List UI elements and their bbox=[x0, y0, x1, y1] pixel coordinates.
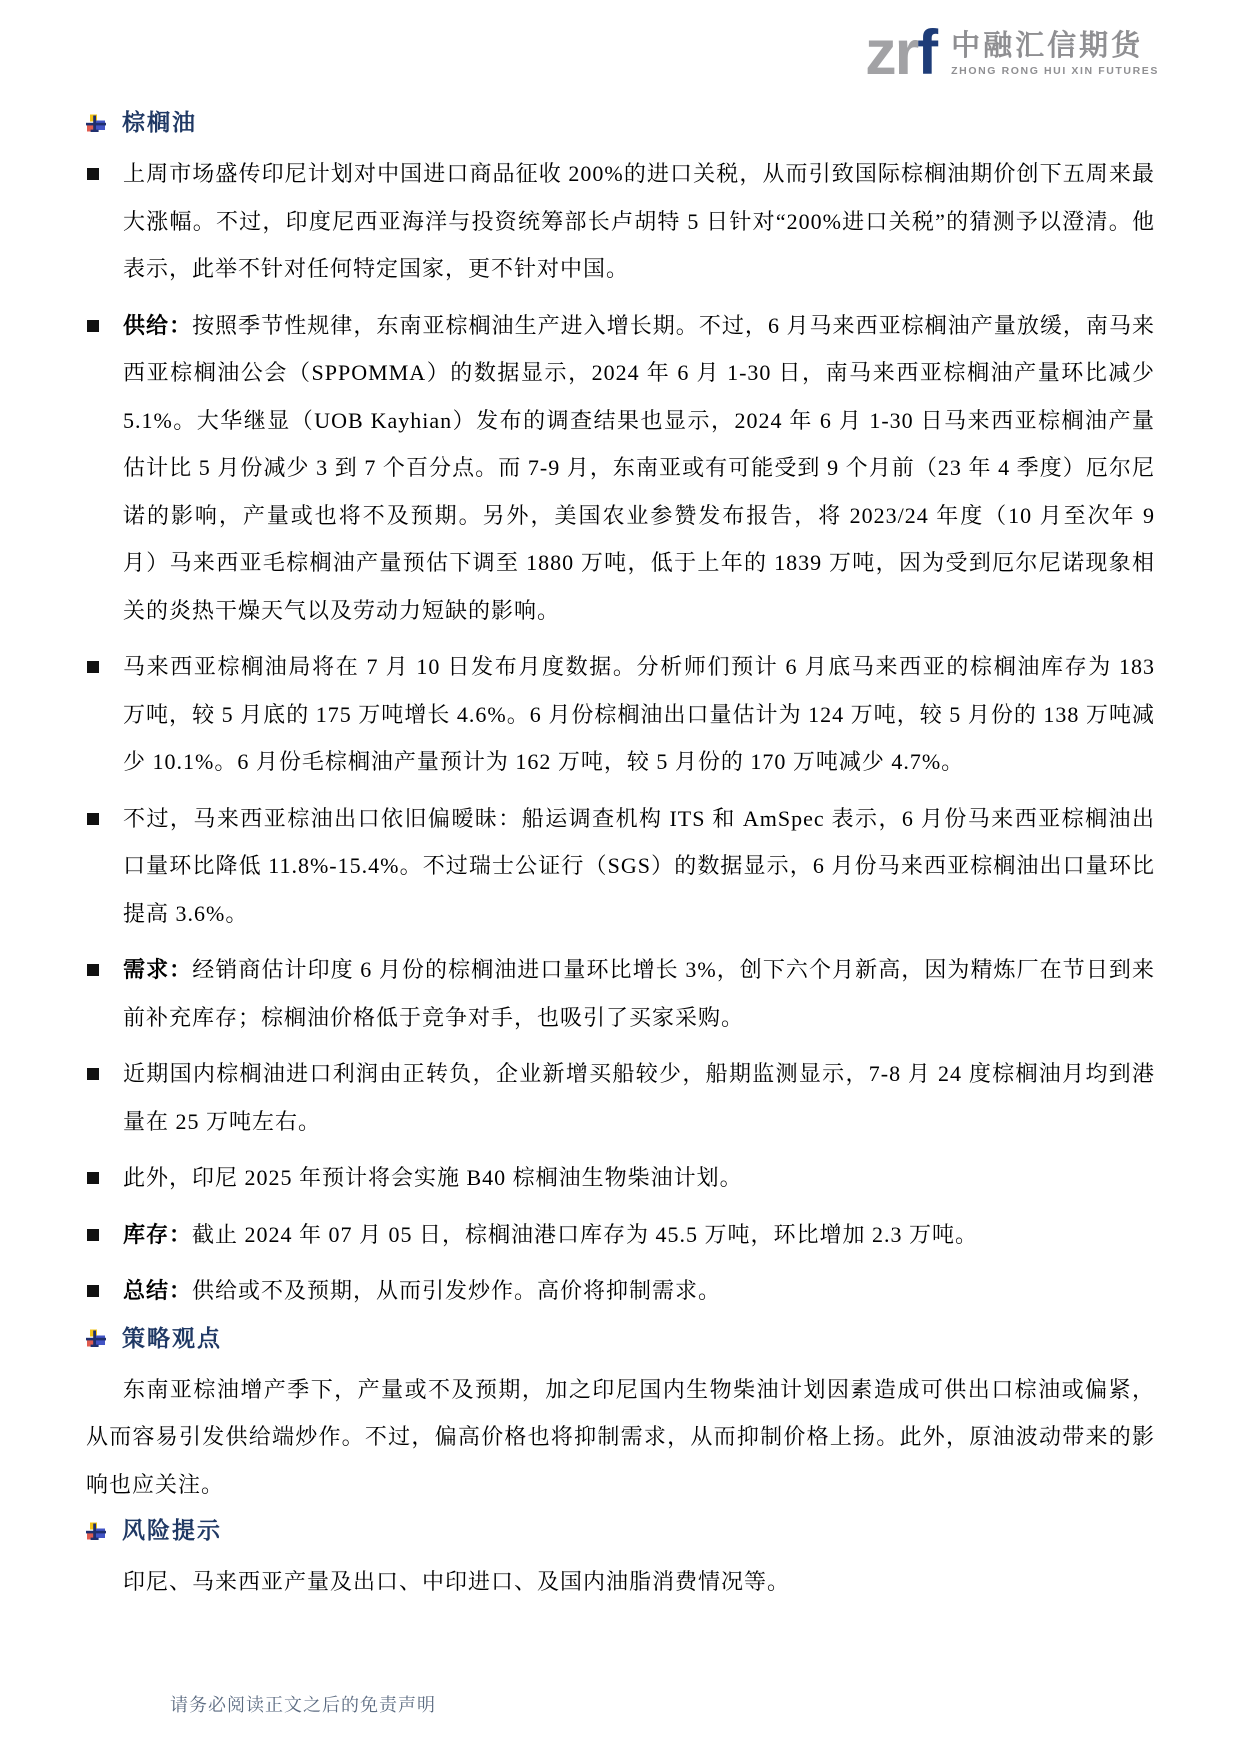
logo-company-name-cn: 中融汇信期货 bbox=[951, 30, 1159, 62]
cross-marker-icon bbox=[86, 1521, 107, 1542]
report-page: zrf 中融汇信期货 ZHONG RONG HUI XIN FUTURES 棕榈… bbox=[0, 0, 1241, 1755]
square-bullet-icon bbox=[87, 813, 99, 825]
logo-company-name-en: ZHONG RONG HUI XIN FUTURES bbox=[951, 65, 1159, 77]
bullet-text: 此外，印尼 2025 年预计将会实施 B40 棕榈油生物柴油计划。 bbox=[123, 1165, 743, 1190]
square-bullet-icon bbox=[87, 1068, 99, 1080]
square-bullet-icon bbox=[87, 168, 99, 180]
list-item: 此外，印尼 2025 年预计将会实施 B40 棕榈油生物柴油计划。 bbox=[86, 1154, 1155, 1202]
square-bullet-icon bbox=[87, 964, 99, 976]
paragraph: 东南亚棕油增产季下，产量或不及预期，加之印尼国内生物柴油计划因素造成可供出口棕油… bbox=[86, 1366, 1155, 1509]
section-header: 风险提示 bbox=[86, 1516, 1155, 1546]
paragraph: 印尼、马来西亚产量及出口、中印进口、及国内油脂消费情况等。 bbox=[86, 1558, 1155, 1606]
list-item: 库存：截止 2024 年 07 月 05 日，棕榈油港口库存为 45.5 万吨，… bbox=[86, 1211, 1155, 1259]
list-item: 供给：按照季节性规律，东南亚棕榈油生产进入增长期。不过，6 月马来西亚棕榈油产量… bbox=[86, 302, 1155, 635]
square-bullet-icon bbox=[87, 320, 99, 332]
logo-names: 中融汇信期货 ZHONG RONG HUI XIN FUTURES bbox=[951, 30, 1159, 77]
bullet-text: 不过，马来西亚棕油出口依旧偏暧昧：船运调查机构 ITS 和 AmSpec 表示，… bbox=[123, 806, 1155, 926]
section-title: 策略观点 bbox=[122, 1324, 222, 1354]
logo-f: f bbox=[917, 18, 936, 88]
company-logo: zrf 中融汇信期货 ZHONG RONG HUI XIN FUTURES bbox=[865, 24, 1159, 82]
bullet-text: 截止 2024 年 07 月 05 日，棕榈油港口库存为 45.5 万吨，环比增… bbox=[192, 1222, 978, 1247]
list-item: 马来西亚棕榈油局将在 7 月 10 日发布月度数据。分析师们预计 6 月底马来西… bbox=[86, 643, 1155, 786]
logo-zr: zr bbox=[865, 18, 917, 88]
footer-disclaimer: 请务必阅读正文之后的免责声明 bbox=[170, 1691, 436, 1717]
bullet-text: 上周市场盛传印尼计划对中国进口商品征收 200%的进口关税，从而引致国际棕榈油期… bbox=[123, 161, 1155, 281]
logo-zrf-text: zrf bbox=[865, 24, 936, 82]
list-item: 上周市场盛传印尼计划对中国进口商品征收 200%的进口关税，从而引致国际棕榈油期… bbox=[86, 150, 1155, 293]
section-header: 策略观点 bbox=[86, 1324, 1155, 1354]
list-item: 不过，马来西亚棕油出口依旧偏暧昧：船运调查机构 ITS 和 AmSpec 表示，… bbox=[86, 795, 1155, 938]
bullet-text: 经销商估计印度 6 月份的棕榈油进口量环比增长 3%，创下六个月新高，因为精炼厂… bbox=[123, 957, 1155, 1030]
list-item: 近期国内棕榈油进口利润由正转负，企业新增买船较少，船期监测显示，7-8 月 24… bbox=[86, 1050, 1155, 1145]
square-bullet-icon bbox=[87, 1172, 99, 1184]
bullet-list: 上周市场盛传印尼计划对中国进口商品征收 200%的进口关税，从而引致国际棕榈油期… bbox=[86, 150, 1155, 1315]
square-bullet-icon bbox=[87, 1285, 99, 1297]
report-section: 风险提示印尼、马来西亚产量及出口、中印进口、及国内油脂消费情况等。 bbox=[86, 1516, 1155, 1606]
cross-marker-icon bbox=[86, 113, 107, 134]
list-item: 总结：供给或不及预期，从而引发炒作。高价将抑制需求。 bbox=[86, 1267, 1155, 1315]
section-title: 风险提示 bbox=[122, 1516, 222, 1546]
cross-marker-icon bbox=[86, 1328, 107, 1349]
list-item: 需求：经销商估计印度 6 月份的棕榈油进口量环比增长 3%，创下六个月新高，因为… bbox=[86, 946, 1155, 1041]
square-bullet-icon bbox=[87, 1229, 99, 1241]
bullet-text: 马来西亚棕榈油局将在 7 月 10 日发布月度数据。分析师们预计 6 月底马来西… bbox=[123, 654, 1155, 774]
square-bullet-icon bbox=[87, 661, 99, 673]
section-header: 棕榈油 bbox=[86, 108, 1155, 138]
bullet-lead: 总结： bbox=[123, 1278, 192, 1303]
bullet-lead: 供给： bbox=[123, 313, 192, 338]
bullet-lead: 库存： bbox=[123, 1222, 192, 1247]
report-section: 棕榈油上周市场盛传印尼计划对中国进口商品征收 200%的进口关税，从而引致国际棕… bbox=[86, 108, 1155, 1315]
report-section: 策略观点东南亚棕油增产季下，产量或不及预期，加之印尼国内生物柴油计划因素造成可供… bbox=[86, 1324, 1155, 1509]
bullet-text: 近期国内棕榈油进口利润由正转负，企业新增买船较少，船期监测显示，7-8 月 24… bbox=[123, 1061, 1155, 1134]
section-title: 棕榈油 bbox=[122, 108, 197, 138]
bullet-text: 按照季节性规律，东南亚棕榈油生产进入增长期。不过，6 月马来西亚棕榈油产量放缓，… bbox=[123, 313, 1155, 623]
report-content: 棕榈油上周市场盛传印尼计划对中国进口商品征收 200%的进口关税，从而引致国际棕… bbox=[86, 104, 1155, 1614]
bullet-text: 供给或不及预期，从而引发炒作。高价将抑制需求。 bbox=[192, 1278, 721, 1303]
bullet-lead: 需求： bbox=[123, 957, 192, 982]
